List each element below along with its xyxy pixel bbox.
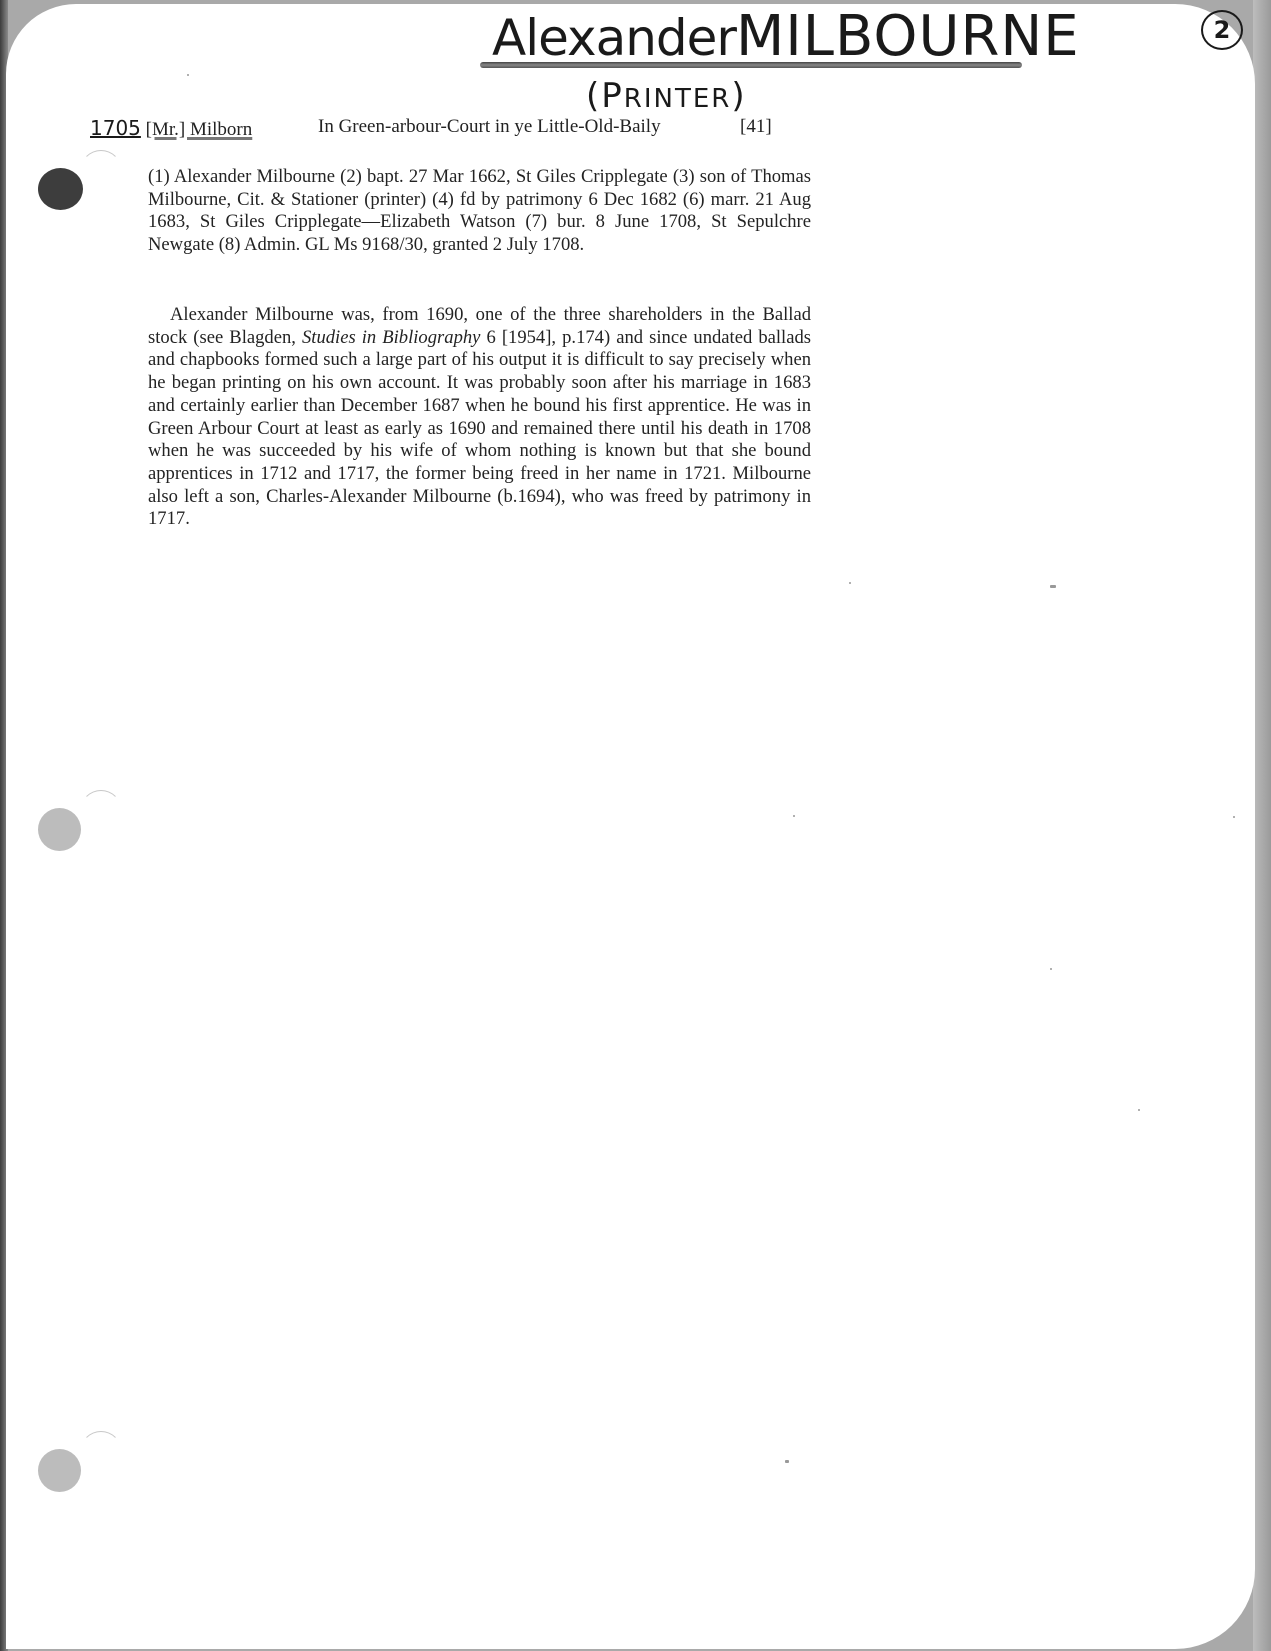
- handwritten-title: AlexanderMILBOURNE: [492, 6, 1022, 69]
- circled-page-number: 2: [1201, 10, 1243, 50]
- title-given-name: Alexander: [492, 9, 736, 67]
- scan-speck: [1233, 816, 1235, 818]
- narrative-paragraph: Alexander Milbourne was, from 1690, one …: [148, 304, 811, 531]
- handwritten-subtitle: (PRINTER): [586, 76, 747, 116]
- entry-reference: [41]: [740, 116, 772, 138]
- entry-name: [Mr.] Milborn: [146, 119, 253, 140]
- punch-hole-middle: [38, 808, 81, 851]
- scan-speck: [187, 74, 189, 76]
- scan-speck: [1138, 1109, 1140, 1111]
- narrative-italic-title: Studies in Bibliography: [302, 327, 480, 348]
- subtitle-open: (P: [586, 76, 624, 116]
- biographical-note: (1) Alexander Milbourne (2) bapt. 27 Mar…: [148, 166, 811, 257]
- narrative-part2: 6 [1954], p.174) and since undated balla…: [148, 327, 811, 530]
- title-surname: MILBOURNE: [736, 4, 1080, 69]
- scan-speck: [1050, 968, 1052, 970]
- subtitle-close: ): [731, 76, 746, 116]
- subtitle-rest: RINTER: [624, 84, 732, 114]
- scan-speck: [1050, 585, 1056, 588]
- scan-speck: [793, 815, 795, 817]
- entry-address: In Green-arbour-Court in ye Little-Old-B…: [318, 116, 661, 138]
- punch-hole-ghost: [80, 790, 122, 832]
- entry-header: 1705 [Mr.] Milborn In Green-arbour-Court…: [90, 116, 252, 141]
- punch-hole-ghost: [80, 1431, 122, 1473]
- punch-hole-top: [38, 168, 83, 210]
- scan-speck: [785, 1460, 789, 1463]
- punch-hole-bottom: [38, 1449, 81, 1492]
- scanner-edge-right: [1253, 0, 1271, 1651]
- entry-year: 1705: [90, 116, 141, 140]
- scan-speck: [849, 582, 851, 584]
- title-underline: [480, 62, 1022, 68]
- punch-hole-ghost: [80, 150, 122, 192]
